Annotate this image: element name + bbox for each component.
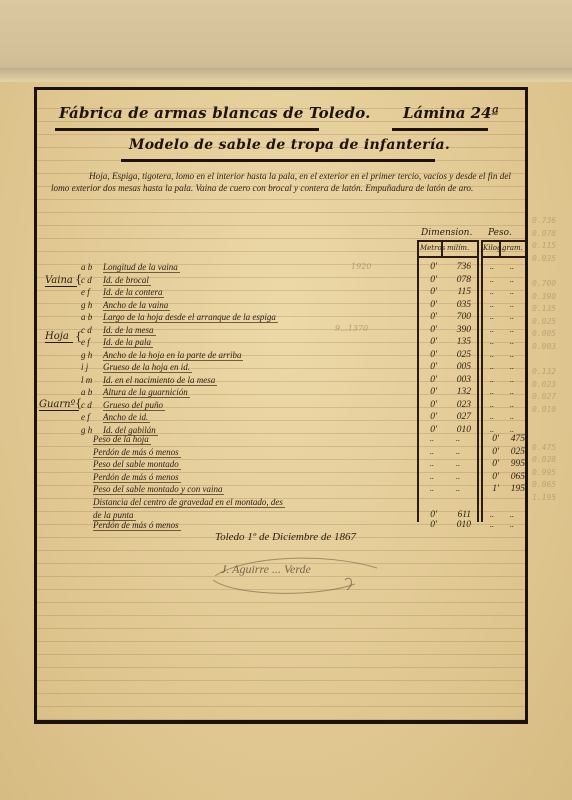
plate-number: Lámina 24ª xyxy=(403,104,499,122)
cell-gramos: 995 xyxy=(499,458,525,471)
table-row: c dGrueso del puño xyxy=(81,399,165,412)
cell-milimetros: 078 xyxy=(445,274,471,287)
cell-metros: 0' xyxy=(421,411,437,424)
cell-metros: 0' xyxy=(421,349,437,362)
table-row: c dId. de brocal xyxy=(81,274,151,287)
document-subtitle: Modelo de sable de tropa de infantería. xyxy=(129,137,450,153)
cell-kilogramos: .. xyxy=(481,299,503,312)
cell-gramos: .. xyxy=(501,286,523,299)
cell-gramos: 195 xyxy=(499,483,525,496)
cell-metros: .. xyxy=(421,433,443,446)
cell-metros: 0' xyxy=(421,399,437,412)
cell-kilogramos: .. xyxy=(481,286,503,299)
cell-gramos: .. xyxy=(501,519,523,532)
subheader-gramos: gram. xyxy=(502,244,523,252)
cell-metros: .. xyxy=(421,446,443,459)
weight-row: Peso del sable montado xyxy=(93,458,181,471)
cell-milimetros: 005 xyxy=(445,361,471,374)
cell-metros: 0' xyxy=(421,274,437,287)
signature: J. Aguirre ... Verde xyxy=(205,554,385,598)
column-line xyxy=(499,242,501,256)
cell-metros: 0' xyxy=(421,386,437,399)
subheader-milimetros: milím. xyxy=(447,244,469,252)
cell-kilogramos: .. xyxy=(481,274,503,287)
cell-kilogramos: .. xyxy=(481,519,503,532)
table-row: g hAncho de la hoja en la parte de arrib… xyxy=(81,349,243,362)
column-line xyxy=(477,240,479,522)
subheader-kilogramos: Kilog. xyxy=(483,244,504,252)
cell-metros: .. xyxy=(421,483,443,496)
header-title-underline xyxy=(55,128,319,131)
weight-row: Distancia del centro de gravedad en el m… xyxy=(93,496,285,509)
cell-gramos: 475 xyxy=(499,433,525,446)
cell-kilogramos: .. xyxy=(481,336,503,349)
weight-row: Peso de la hoja xyxy=(93,433,151,446)
footer-date: Toledo 1º de Diciembre de 1867 xyxy=(215,531,356,543)
cell-milimetros: 003 xyxy=(445,374,471,387)
group-label-guarnicion: Guarnº xyxy=(39,399,79,411)
page-fold-shadow xyxy=(0,68,572,82)
cell-milimetros: .. xyxy=(447,483,469,496)
cell-gramos: .. xyxy=(501,374,523,387)
bleed-through-column: 0.7360.0780.1150.035 0.7000.3900.1350.02… xyxy=(532,215,572,535)
cell-milimetros: 027 xyxy=(445,411,471,424)
cell-milimetros: .. xyxy=(447,471,469,484)
cell-gramos: .. xyxy=(501,349,523,362)
cell-kilogramos: 0' xyxy=(483,471,499,484)
cell-metros: 0' xyxy=(421,374,437,387)
cell-metros: 0' xyxy=(421,261,437,274)
cell-metros: .. xyxy=(421,471,443,484)
cell-metros: 0' xyxy=(421,336,437,349)
pencil-note: 1920 xyxy=(351,262,371,271)
cell-metros: 0' xyxy=(421,361,437,374)
weight-row: Perdón de más ó menos xyxy=(93,471,181,484)
document-frame: Fábrica de armas blancas de Toledo. Lámi… xyxy=(34,87,528,724)
cell-metros: 0' xyxy=(421,311,437,324)
weight-row: Perdón de más ó menos xyxy=(93,519,181,532)
table-row: a bAltura de la guarnición xyxy=(81,386,190,399)
column-header-peso: Peso. xyxy=(488,228,512,238)
cell-milimetros: 736 xyxy=(445,261,471,274)
table-row: a bLongitud de la vaina xyxy=(81,261,180,274)
dimension-subheader-rule xyxy=(417,256,477,258)
table-row: i jGrueso de la hoja en id. xyxy=(81,361,192,374)
cell-milimetros: 115 xyxy=(445,286,471,299)
cell-milimetros: 010 xyxy=(445,519,471,532)
page-top-edge xyxy=(0,0,572,72)
table-row: l mId. en el nacimiento de la mesa xyxy=(81,374,217,387)
plate-number-underline xyxy=(392,128,488,131)
cell-kilogramos: .. xyxy=(481,324,503,337)
cell-metros: 0' xyxy=(421,286,437,299)
column-line xyxy=(441,242,443,256)
cell-kilogramos: 0' xyxy=(483,433,499,446)
dimension-header-rule xyxy=(417,240,477,242)
cell-metros: 0' xyxy=(421,519,437,532)
cell-gramos: .. xyxy=(501,311,523,324)
cell-kilogramos: .. xyxy=(481,261,503,274)
cell-gramos: .. xyxy=(501,299,523,312)
peso-header-rule xyxy=(481,240,525,242)
cell-milimetros: 023 xyxy=(445,399,471,412)
table-row: e fId. de la pala xyxy=(81,336,153,349)
table-row: g hAncho de la vaina xyxy=(81,299,170,312)
cell-kilogramos: .. xyxy=(481,399,503,412)
group-label-hoja: Hoja xyxy=(45,331,73,343)
table-row: e fAncho de id. xyxy=(81,411,150,424)
cell-kilogramos: .. xyxy=(481,311,503,324)
cell-gramos: .. xyxy=(501,361,523,374)
cell-milimetros: 135 xyxy=(445,336,471,349)
cell-gramos: 065 xyxy=(499,471,525,484)
cell-milimetros: 700 xyxy=(445,311,471,324)
header: Fábrica de armas blancas de Toledo. Lámi… xyxy=(59,104,509,126)
cell-gramos: .. xyxy=(501,324,523,337)
cell-gramos: 025 xyxy=(499,446,525,459)
cell-milimetros: 390 xyxy=(445,324,471,337)
cell-gramos: .. xyxy=(501,399,523,412)
cell-gramos: .. xyxy=(501,261,523,274)
column-line xyxy=(417,240,419,522)
table-row: a bLargo de la hoja desde el arranque de… xyxy=(81,311,278,324)
pencil-note: 9...1370 xyxy=(335,324,368,333)
cell-kilogramos: 1' xyxy=(483,483,499,496)
cell-metros: 0' xyxy=(421,324,437,337)
description-paragraph: Hoja, Espiga, tigotera, lomo en el inter… xyxy=(51,170,517,194)
peso-subheader-rule xyxy=(481,256,525,258)
cell-gramos: .. xyxy=(501,274,523,287)
column-header-dimension: Dimension. xyxy=(421,228,472,238)
weight-row: Peso del sable montado y con vaina xyxy=(93,483,224,496)
table-row: c dId. de la mesa xyxy=(81,324,156,337)
cell-milimetros: 025 xyxy=(445,349,471,362)
table-row: e fId. de la contera xyxy=(81,286,164,299)
cell-kilogramos: .. xyxy=(481,411,503,424)
weight-row: Perdón de más ó menos xyxy=(93,446,181,459)
cell-metros: .. xyxy=(421,458,443,471)
cell-kilogramos: .. xyxy=(481,361,503,374)
cell-milimetros: .. xyxy=(447,458,469,471)
cell-metros: 0' xyxy=(421,299,437,312)
cell-kilogramos: 0' xyxy=(483,458,499,471)
group-label-vaina: Vaina xyxy=(45,275,77,287)
cell-kilogramos: .. xyxy=(481,386,503,399)
cell-gramos: .. xyxy=(501,336,523,349)
subtitle-underline xyxy=(121,159,435,162)
cell-milimetros: 035 xyxy=(445,299,471,312)
cell-kilogramos: .. xyxy=(481,374,503,387)
cell-milimetros: 132 xyxy=(445,386,471,399)
cell-milimetros: .. xyxy=(447,446,469,459)
header-title: Fábrica de armas blancas de Toledo. xyxy=(59,104,371,122)
cell-gramos: .. xyxy=(501,411,523,424)
cell-kilogramos: .. xyxy=(481,349,503,362)
cell-kilogramos: 0' xyxy=(483,446,499,459)
cell-milimetros: .. xyxy=(447,433,469,446)
cell-gramos: .. xyxy=(501,386,523,399)
